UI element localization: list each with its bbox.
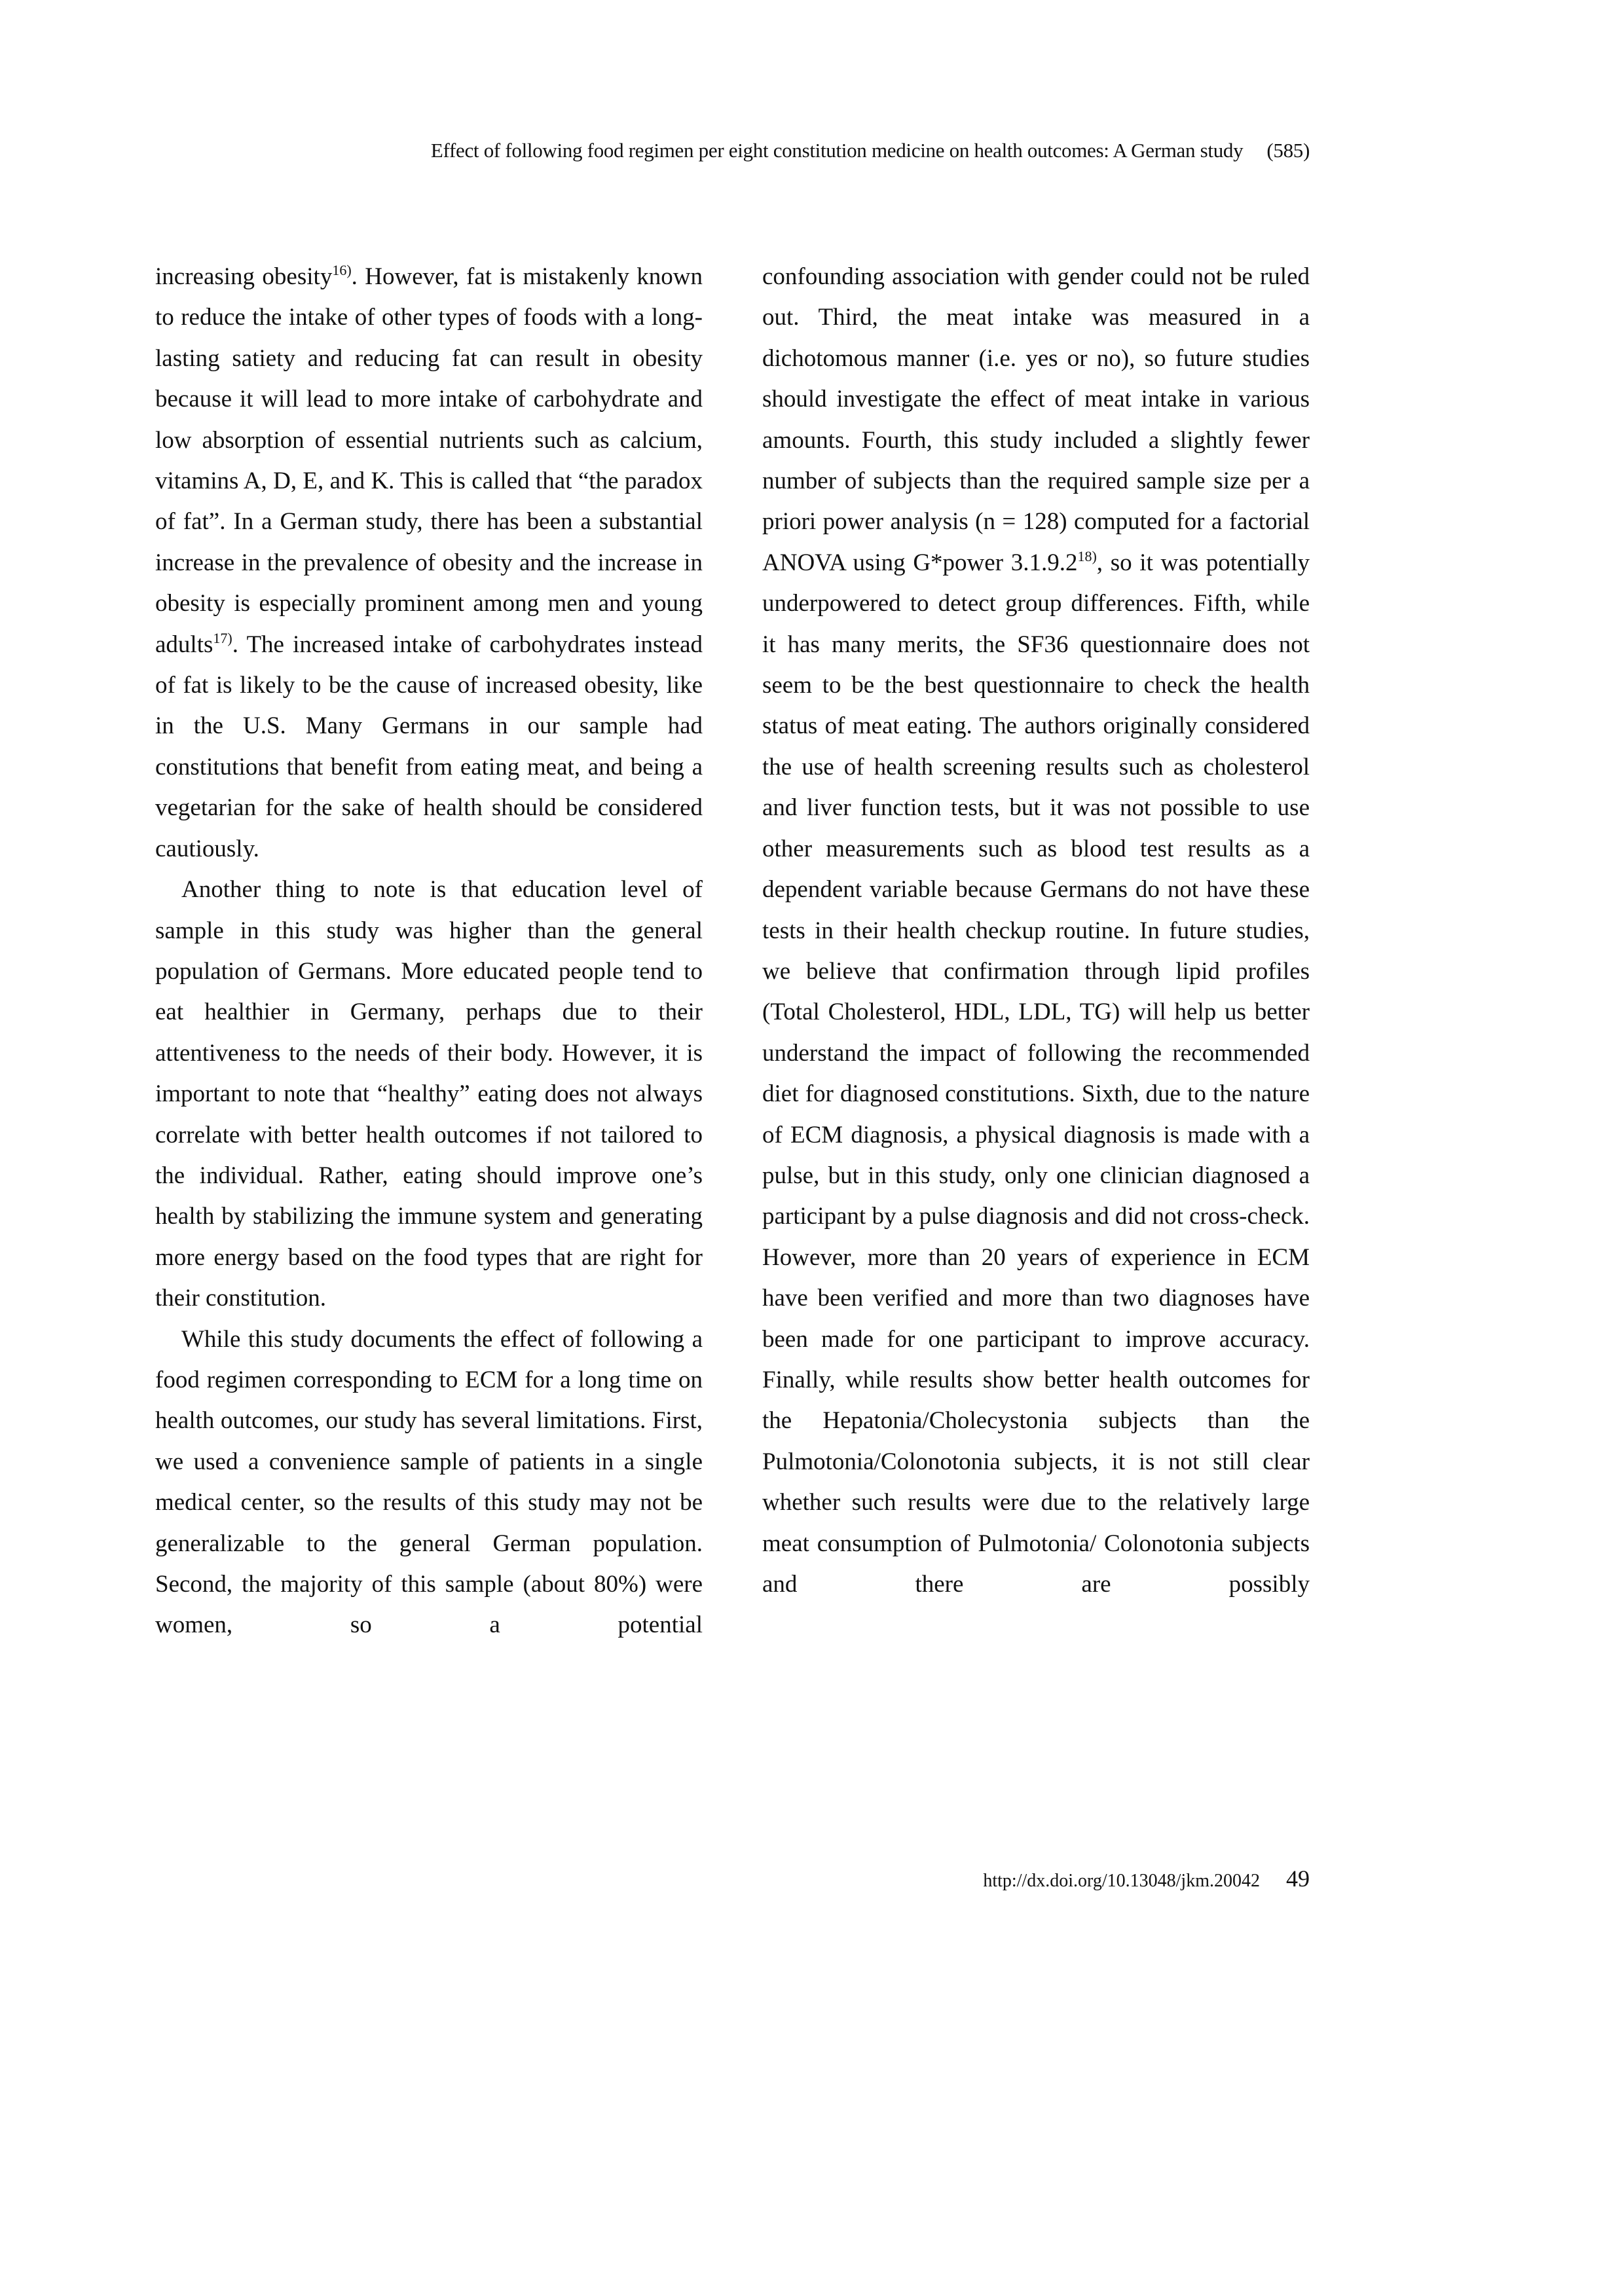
page-footer: http://dx.doi.org/10.13048/jkm.20042 49 [917, 1865, 1310, 1892]
citation-ref: 16) [332, 262, 351, 278]
journal-page-number: (585) [1266, 136, 1310, 165]
paragraph-limitations-continued: confounding association with gender coul… [762, 257, 1310, 1605]
running-header: Effect of following food regimen per eig… [347, 136, 1310, 165]
left-column: increasing obesity16). However, fat is m… [155, 257, 703, 1646]
running-title: Effect of following food regimen per eig… [431, 136, 1243, 165]
citation-ref: 18) [1077, 548, 1096, 564]
paragraph-limitations: While this study documents the effect of… [155, 1319, 703, 1646]
citation-ref: 17) [213, 630, 232, 646]
page-number: 49 [1286, 1865, 1310, 1892]
text-run: confounding association with gender coul… [762, 263, 1310, 576]
paragraph-obesity: increasing obesity16). However, fat is m… [155, 257, 703, 870]
text-run: increasing obesity [155, 263, 332, 290]
doi-link[interactable]: http://dx.doi.org/10.13048/jkm.20042 [983, 1871, 1260, 1892]
text-run: . The increased intake of carbohydrates … [155, 631, 703, 862]
paragraph-education: Another thing to note is that education … [155, 870, 703, 1319]
text-run: . However, fat is mistakenly known to re… [155, 263, 703, 658]
right-column: confounding association with gender coul… [762, 257, 1310, 1605]
text-run: , so it was potentially underpowered to … [762, 549, 1310, 1598]
